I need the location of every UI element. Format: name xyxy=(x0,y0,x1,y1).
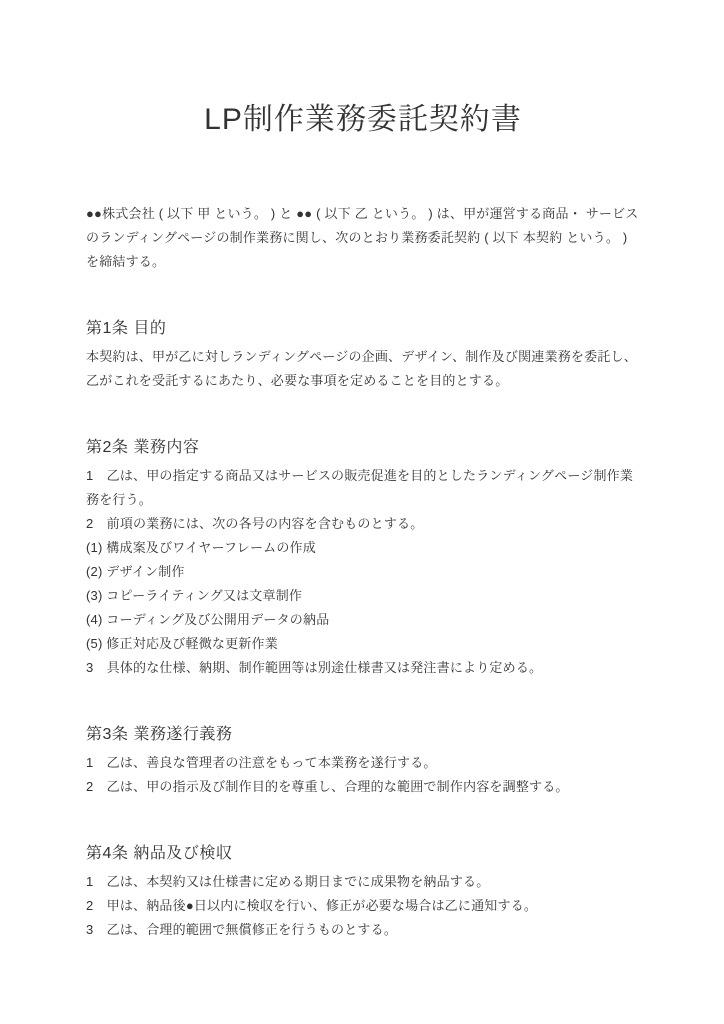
clause-paragraph: (1) 構成案及びワイヤーフレームの作成 xyxy=(86,536,640,560)
clause-paragraph: (4) コーディング及び公開用データの納品 xyxy=(86,608,640,632)
clause-paragraph: 1 乙は、本契約又は仕様書に定める期日までに成果物を納品する。 xyxy=(86,870,640,894)
clause-paragraph: 1 乙は、甲の指定する商品又はサービスの販売促進を目的としたランディングページ制… xyxy=(86,464,640,512)
intro-paragraph: ●●株式会社 ( 以下 甲 という。 ) と ●● ( 以下 乙 という。 ) … xyxy=(86,202,640,274)
clause-paragraph: (3) コピーライティング又は文章制作 xyxy=(86,584,640,608)
clause-paragraph: 1 乙は、善良な管理者の注意をもって本業務を遂行する。 xyxy=(86,751,640,775)
clause-paragraph: 2 甲は、納品後●日以内に検収を行い、修正が必要な場合は乙に通知する。 xyxy=(86,894,640,918)
document-content: LP制作業務委託契約書 ●●株式会社 ( 以下 甲 という。 ) と ●● ( … xyxy=(0,0,724,942)
contract-document-page: LP制作業務委託契約書 ●●株式会社 ( 以下 甲 という。 ) と ●● ( … xyxy=(0,0,724,1024)
contract-section: 第1条 目的本契約は、甲が乙に対しランディングページの企画、デザイン、制作及び関… xyxy=(86,316,640,393)
contract-section: 第3条 業務遂行義務1 乙は、善良な管理者の注意をもって本業務を遂行する。2 乙… xyxy=(86,722,640,799)
clause-paragraph: 本契約は、甲が乙に対しランディングページの企画、デザイン、制作及び関連業務を委託… xyxy=(86,345,640,393)
clause-paragraph: 2 乙は、甲の指示及び制作目的を尊重し、合理的な範囲で制作内容を調整する。 xyxy=(86,775,640,799)
contract-section: 第4条 納品及び検収1 乙は、本契約又は仕様書に定める期日までに成果物を納品する… xyxy=(86,841,640,942)
section-heading: 第3条 業務遂行義務 xyxy=(86,722,640,747)
clause-paragraph: 3 具体的な仕様、納期、制作範囲等は別途仕様書又は発注書により定める。 xyxy=(86,656,640,680)
contract-section: 第2条 業務内容1 乙は、甲の指定する商品又はサービスの販売促進を目的としたラン… xyxy=(86,435,640,680)
section-heading: 第4条 納品及び検収 xyxy=(86,841,640,866)
section-heading: 第2条 業務内容 xyxy=(86,435,640,460)
sections-container: 第1条 目的本契約は、甲が乙に対しランディングページの企画、デザイン、制作及び関… xyxy=(86,316,640,942)
section-heading: 第1条 目的 xyxy=(86,316,640,341)
clause-paragraph: (5) 修正対応及び軽微な更新作業 xyxy=(86,632,640,656)
document-title: LP制作業務委託契約書 xyxy=(86,100,640,140)
clause-paragraph: 3 乙は、合理的範囲で無償修正を行うものとする。 xyxy=(86,918,640,942)
clause-paragraph: (2) デザイン制作 xyxy=(86,560,640,584)
clause-paragraph: 2 前項の業務には、次の各号の内容を含むものとする。 xyxy=(86,512,640,536)
